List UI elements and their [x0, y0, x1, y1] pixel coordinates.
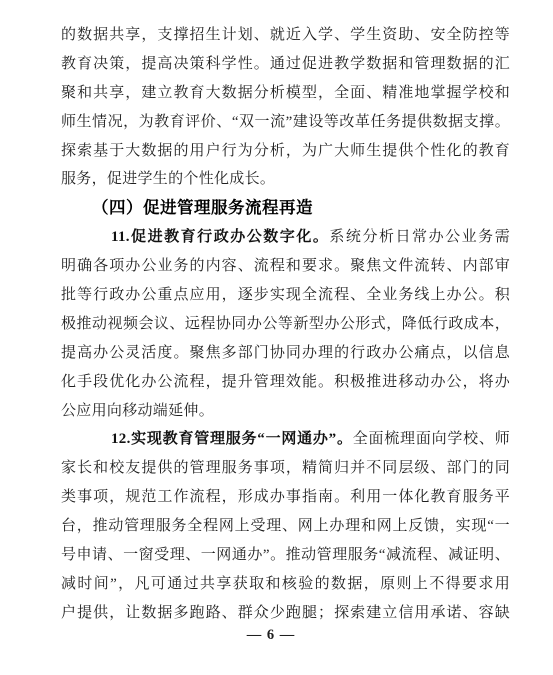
text-line: 教育决策，提高决策科学性。通过促进教学数据和管理数据的汇 — [61, 50, 510, 79]
text-line: 明确各项办公业务的内容、流程和要求。聚焦文件流转、内部审 — [61, 252, 510, 281]
text-line: 探索基于大数据的用户行为分析，为广大师生提供个性化的教育 — [61, 137, 510, 166]
item-12: 12.实现教育管理服务“一网通办”。全面梳理面向学校、师生、 家长和校友提供的管… — [61, 425, 510, 627]
text-line: 家长和校友提供的管理服务事项，精简归并不同层级、部门的同 — [61, 454, 510, 483]
text-line: 聚和共享，建立教育大数据分析模型，全面、精准地掌握学校和 — [61, 79, 510, 108]
text-column: 的数据共享，支撑招生计划、就近入学、学生资助、安全防控等 教育决策，提高决策科学… — [61, 21, 510, 628]
item-11: 11.促进教育行政办公数字化。系统分析日常办公业务需求， 明确各项办公业务的内容… — [61, 223, 510, 425]
text-line: 极推动视频会议、远程协同办公等新型办公形式，降低行政成本， — [61, 310, 510, 339]
text-line: 减时间”，凡可通过共享获取和核验的数据，原则上不得要求用 — [61, 570, 510, 599]
text-line: 化手段优化办公流程，提升管理效能。积极推进移动办公，将办 — [61, 368, 510, 397]
text-line: 11.促进教育行政办公数字化。系统分析日常办公业务需求， — [61, 223, 510, 252]
text-line: 师生情况，为教育评价、“双一流”建设等改革任务提供数据支撑。 — [61, 108, 510, 137]
paragraph-continuation: 的数据共享，支撑招生计划、就近入学、学生资助、安全防控等 教育决策，提高决策科学… — [61, 21, 510, 194]
text-line: 服务，促进学生的个性化成长。 — [61, 165, 510, 194]
document-page: 的数据共享，支撑招生计划、就近入学、学生资助、安全防控等 教育决策，提高决策科学… — [0, 0, 553, 675]
item-11-lead: 11.促进教育行政办公数字化。 — [111, 229, 329, 245]
text-line: 公应用向移动端延伸。 — [61, 397, 510, 426]
item-12-lead: 12.实现教育管理服务“一网通办”。 — [111, 431, 353, 447]
text-line: 12.实现教育管理服务“一网通办”。全面梳理面向学校、师生、 — [61, 425, 510, 454]
text-line: 提高办公灵活度。聚焦多部门协同办理的行政办公痛点，以信息 — [61, 339, 510, 368]
text-line: 台，推动管理服务全程网上受理、网上办理和网上反馈，实现“一 — [61, 512, 510, 541]
text-line: 的数据共享，支撑招生计划、就近入学、学生资助、安全防控等 — [61, 21, 510, 50]
text-line: 批等行政办公重点应用，逐步实现全流程、全业务线上办公。积 — [61, 281, 510, 310]
text-line: 类事项，规范工作流程，形成办事指南。利用一体化教育服务平 — [61, 483, 510, 512]
text-line: 号申请、一窗受理、一网通办”。推动管理服务“减流程、减证明、 — [61, 541, 510, 570]
page-number: — 6 — — [61, 624, 481, 646]
section-heading: （四）促进管理服务流程再造 — [61, 194, 510, 223]
